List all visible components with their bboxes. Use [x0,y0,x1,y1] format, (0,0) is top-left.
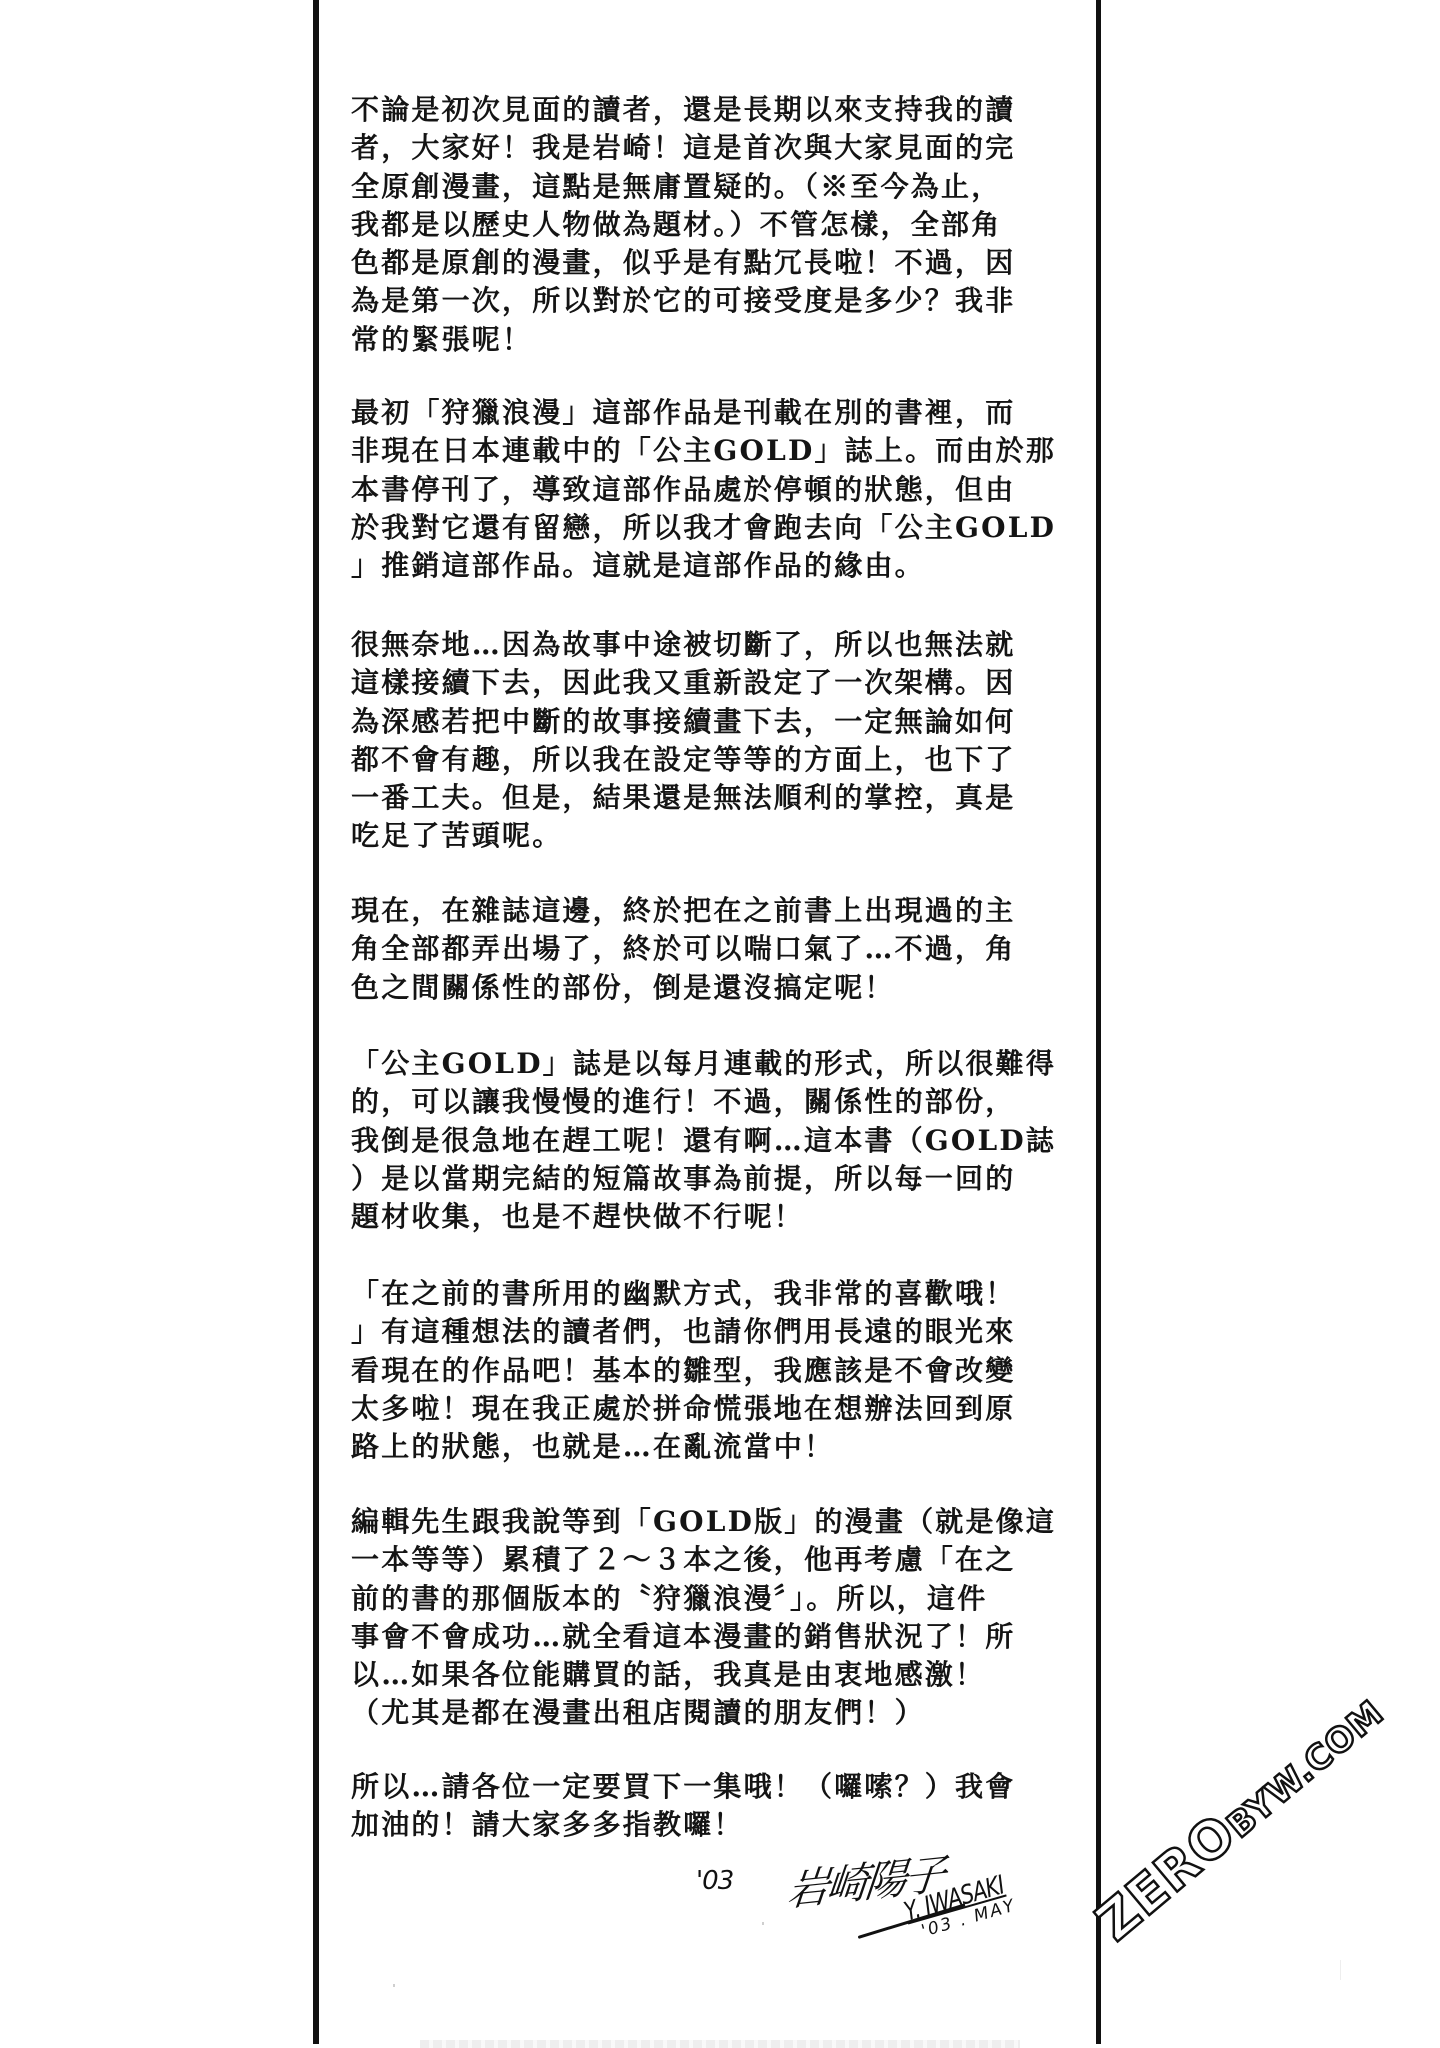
text-line: 編輯先生跟我說等到「GOLD版」的漫畫（就是像這 [351,1503,1051,1541]
text-line: 為是第一次，所以對於它的可接受度是多少？我非 [351,282,1051,320]
paragraph-8: 所以…請各位一定要買下一集哦！（囉嗦？）我會加油的！請大家多多指教囉！ [351,1768,1051,1845]
text-line: 不論是初次見面的讀者，還是長期以來支持我的讀 [351,91,1051,129]
site-watermark: ZEROBYW.COM [1086,1680,1395,1953]
signature-year: '03 [696,1866,733,1896]
watermark-main: ZERO [1086,1803,1248,1953]
text-line: 題材收集，也是不趕快做不行呢！ [351,1198,1051,1236]
paragraph-3: 很無奈地…因為故事中途被切斷了，所以也無法就這樣接續下去，因此我又重新設定了一次… [351,626,1051,856]
page-border-right [1096,0,1101,2044]
text-line: 色之間關係性的部份，倒是還沒搞定呢！ [351,969,1051,1007]
paragraph-6: 「在之前的書所用的幽默方式，我非常的喜歡哦！」有這種想法的讀者們，也請你們用長遠… [351,1275,1051,1466]
watermark-rest: BYW.COM [1220,1693,1392,1846]
text-line: 以…如果各位能購買的話，我真是由衷地感激！ [351,1656,1051,1694]
text-line: 看現在的作品吧！基本的雛型，我應該是不會改變 [351,1352,1051,1390]
text-line: 最初「狩獵浪漫」這部作品是刊載在別的書裡，而 [351,394,1051,432]
text-line: 一番工夫。但是，結果還是無法順利的掌控，真是 [351,779,1051,817]
text-line: 很無奈地…因為故事中途被切斷了，所以也無法就 [351,626,1051,664]
text-line: 事會不會成功…就全看這本漫畫的銷售狀況了！所 [351,1618,1051,1656]
text-line: 現在，在雜誌這邊，終於把在之前書上出現過的主 [351,892,1051,930]
text-line: 」推銷這部作品。這就是這部作品的緣由。 [351,547,1051,585]
text-line: 非現在日本連載中的「公主GOLD」誌上。而由於那 [351,432,1051,470]
paragraph-1: 不論是初次見面的讀者，還是長期以來支持我的讀者，大家好！我是岩崎！這是首次與大家… [351,91,1051,359]
text-line: 我都是以歷史人物做為題材。）不管怎樣，全部角 [351,206,1051,244]
text-line: 吃足了苦頭呢。 [351,817,1051,855]
text-line: 一本等等）累積了２～３本之後，他再考慮「在之 [351,1541,1051,1579]
text-line: 所以…請各位一定要買下一集哦！（囉嗦？）我會 [351,1768,1051,1806]
text-line: 全原創漫畫，這點是無庸置疑的。（※至今為止， [351,168,1051,206]
text-line: ）是以當期完結的短篇故事為前提，所以每一回的 [351,1160,1051,1198]
text-line: 為深感若把中斷的故事接續畫下去，一定無論如何 [351,703,1051,741]
text-line: 「在之前的書所用的幽默方式，我非常的喜歡哦！ [351,1275,1051,1313]
paragraph-2: 最初「狩獵浪漫」這部作品是刊載在別的書裡，而非現在日本連載中的「公主GOLD」誌… [351,394,1051,585]
paragraph-7: 編輯先生跟我說等到「GOLD版」的漫畫（就是像這一本等等）累積了２～３本之後，他… [351,1503,1051,1733]
page-border-left [313,0,319,2044]
text-line: 的，可以讓我慢慢的進行！不過，關係性的部份， [351,1083,1051,1121]
text-line: 都不會有趣，所以我在設定等等的方面上，也下了 [351,741,1051,779]
text-line: 者，大家好！我是岩崎！這是首次與大家見面的完 [351,129,1051,167]
text-line: （尤其是都在漫畫出租店閱讀的朋友們！） [351,1694,1051,1732]
text-line: 色都是原創的漫畫，似乎是有點冗長啦！不過，因 [351,244,1051,282]
scan-speck [393,1984,395,1987]
text-line: 」有這種想法的讀者們，也請你們用長遠的眼光來 [351,1313,1051,1351]
bleed-through-text-strip [420,2040,1020,2048]
paragraph-4: 現在，在雜誌這邊，終於把在之前書上出現過的主角全部都弄出場了，終於可以喘口氣了…… [351,892,1051,1007]
paragraph-5: 「公主GOLD」誌是以每月連載的形式，所以很難得的，可以讓我慢慢的進行！不過，關… [351,1045,1051,1236]
text-line: 角全部都弄出場了，終於可以喘口氣了…不過，角 [351,930,1051,968]
scan-speck [1340,1960,1341,1980]
text-line: 加油的！請大家多多指教囉！ [351,1806,1051,1844]
text-line: 這樣接續下去，因此我又重新設定了一次架構。因 [351,664,1051,702]
text-line: 於我對它還有留戀，所以我才會跑去向「公主GOLD [351,509,1051,547]
text-line: 「公主GOLD」誌是以每月連載的形式，所以很難得 [351,1045,1051,1083]
text-line: 路上的狀態，也就是…在亂流當中！ [351,1428,1051,1466]
scan-speck [762,1922,764,1925]
text-line: 前的書的那個版本的〝狩獵浪漫〞」。所以，這件 [351,1580,1051,1618]
text-line: 本書停刊了，導致這部作品處於停頓的狀態，但由 [351,471,1051,509]
text-line: 太多啦！現在我正處於拼命慌張地在想辦法回到原 [351,1390,1051,1428]
text-line: 我倒是很急地在趕工呢！還有啊…這本書（GOLD誌 [351,1122,1051,1160]
text-line: 常的緊張呢！ [351,321,1051,359]
